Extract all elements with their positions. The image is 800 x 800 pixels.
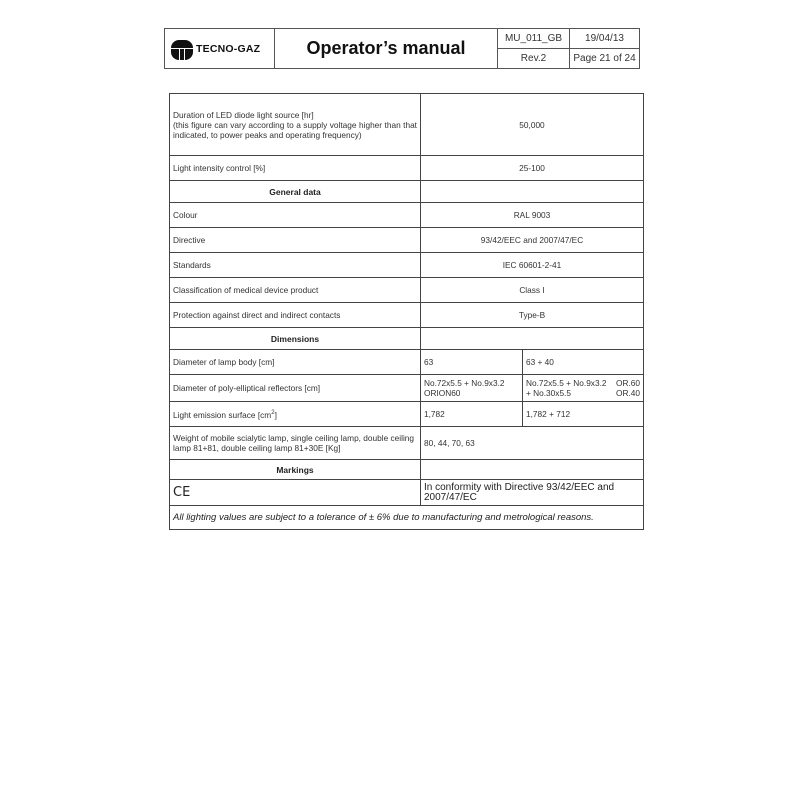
spec-label: Protection against direct and indirect c… (170, 303, 421, 328)
spec-label: Light intensity control [%] (170, 156, 421, 181)
emission-label-end: ] (275, 410, 277, 420)
reflector-b-line1-model: OR.60 (616, 378, 640, 388)
spec-value: 50,000 (421, 94, 644, 156)
spec-value: Class I (421, 278, 644, 303)
brand-logo: TECNO-GAZ (165, 29, 275, 68)
spec-label: Standards (170, 253, 421, 278)
spec-label: Diameter of poly-elliptical reflectors [… (170, 375, 421, 402)
empty-cell (421, 328, 644, 350)
section-heading-markings: Markings (170, 460, 421, 480)
spec-label: Duration of LED diode light source [hr] … (170, 94, 421, 156)
section-heading-general: General data (170, 181, 421, 203)
document-title: Operator’s manual (275, 29, 498, 68)
spec-value-b: 63 + 40 (523, 350, 644, 375)
emission-label: Light emission surface [cm (173, 410, 271, 420)
table-row: Directive 93/42/EEC and 2007/47/EC (170, 228, 644, 253)
spec-value: IEC 60601-2-41 (421, 253, 644, 278)
table-row: CE In conformity with Directive 93/42/EE… (170, 480, 644, 506)
document-meta: MU_011_GB 19/04/13 Rev.2 Page 21 of 24 (498, 29, 639, 68)
spec-label: Weight of mobile scialytic lamp, single … (170, 427, 421, 460)
table-row: Colour RAL 9003 (170, 203, 644, 228)
reflector-b-line1: No.72x5.5 + No.9x3.2 (526, 378, 607, 388)
spec-value: Type-B (421, 303, 644, 328)
doc-date: 19/04/13 (570, 29, 639, 49)
footnote-row: All lighting values are subject to a tol… (170, 506, 644, 530)
section-row: Dimensions (170, 328, 644, 350)
empty-cell (421, 460, 644, 480)
spec-value-b: 1,782 + 712 (523, 402, 644, 427)
ce-mark-cell: CE (170, 480, 421, 506)
spec-value-a: 63 (421, 350, 523, 375)
table-row: Light emission surface [cm2] 1,782 1,782… (170, 402, 644, 427)
spec-value: 93/42/EEC and 2007/47/EC (421, 228, 644, 253)
spec-value: 25-100 (421, 156, 644, 181)
table-row: Standards IEC 60601-2-41 (170, 253, 644, 278)
reflector-a-line2: ORION60 (424, 388, 519, 398)
led-duration-note: (this figure can vary according to a sup… (173, 120, 417, 140)
spec-label: Directive (170, 228, 421, 253)
spec-value-b: No.72x5.5 + No.9x3.2OR.60 + No.30x5.5OR.… (523, 375, 644, 402)
reflector-a-line1: No.72x5.5 + No.9x3.2 (424, 378, 519, 388)
section-row: Markings (170, 460, 644, 480)
table-row: Weight of mobile scialytic lamp, single … (170, 427, 644, 460)
doc-code: MU_011_GB (498, 29, 570, 49)
table-row: Diameter of lamp body [cm] 63 63 + 40 (170, 350, 644, 375)
doc-revision: Rev.2 (498, 49, 570, 69)
table-row: Diameter of poly-elliptical reflectors [… (170, 375, 644, 402)
table-row: Protection against direct and indirect c… (170, 303, 644, 328)
spec-label: Classification of medical device product (170, 278, 421, 303)
table-row: Duration of LED diode light source [hr] … (170, 94, 644, 156)
spec-value: 80, 44, 70, 63 (421, 427, 644, 460)
spec-value-a: 1,782 (421, 402, 523, 427)
tecno-gaz-logo-icon (171, 38, 193, 60)
spec-value-a: No.72x5.5 + No.9x3.2 ORION60 (421, 375, 523, 402)
technical-specs-table: Duration of LED diode light source [hr] … (169, 93, 644, 530)
reflector-b-line2-model: OR.40 (616, 388, 640, 398)
spec-value: RAL 9003 (421, 203, 644, 228)
spec-label: Diameter of lamp body [cm] (170, 350, 421, 375)
ce-conformity-text: In conformity with Directive 93/42/EEC a… (421, 480, 644, 506)
brand-name: TECNO-GAZ (196, 43, 260, 55)
led-duration-label: Duration of LED diode light source [hr] (173, 110, 417, 120)
page-number: Page 21 of 24 (570, 49, 639, 69)
table-row: Light intensity control [%] 25-100 (170, 156, 644, 181)
ce-mark-icon: CE (173, 485, 190, 500)
section-row: General data (170, 181, 644, 203)
reflector-b-line2: + No.30x5.5 (526, 388, 571, 398)
empty-cell (421, 181, 644, 203)
spec-label: Light emission surface [cm2] (170, 402, 421, 427)
table-row: Classification of medical device product… (170, 278, 644, 303)
tolerance-footnote: All lighting values are subject to a tol… (170, 506, 644, 530)
document-header: TECNO-GAZ Operator’s manual MU_011_GB 19… (164, 28, 640, 69)
section-heading-dimensions: Dimensions (170, 328, 421, 350)
spec-label: Colour (170, 203, 421, 228)
